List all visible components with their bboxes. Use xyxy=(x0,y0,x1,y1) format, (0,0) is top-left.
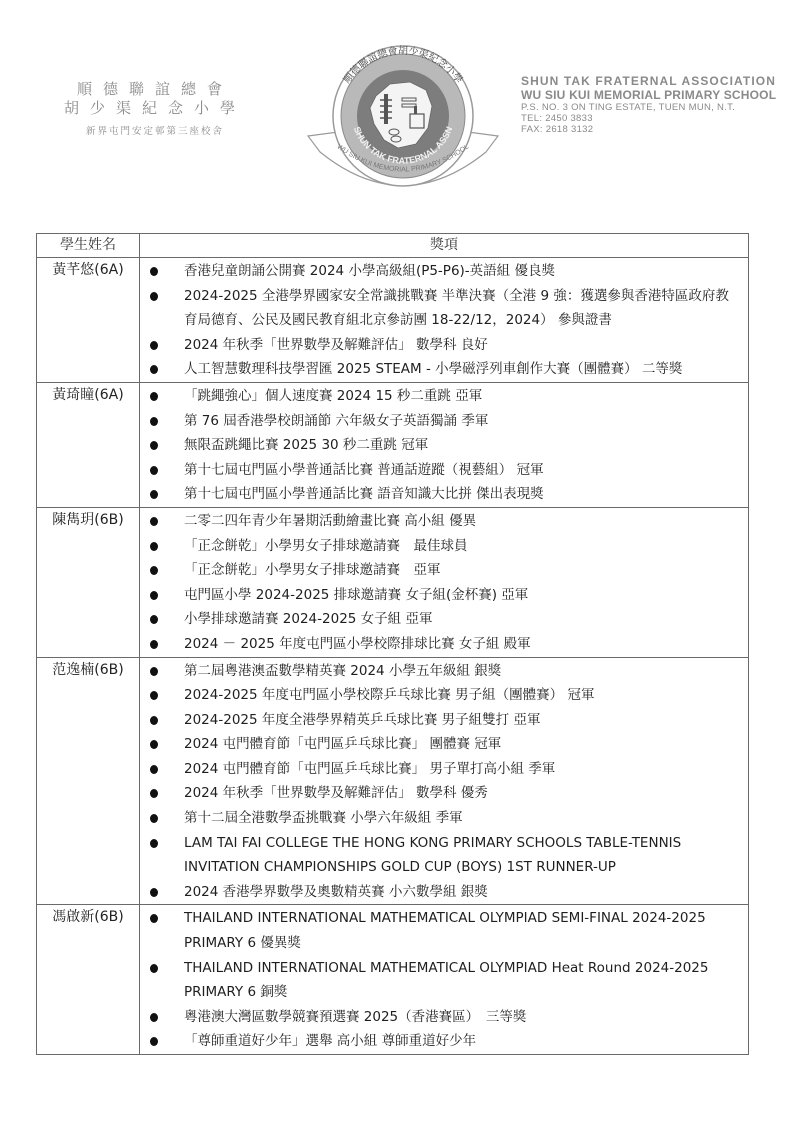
letterhead: 順德聯誼總會 胡少渠紀念小學 新界屯門安定邨第三座校舍 xyxy=(0,0,800,200)
awards-list: THAILAND INTERNATIONAL MATHEMATICAL OLYM… xyxy=(140,905,748,1054)
bullet-icon xyxy=(150,292,158,301)
list-item: 第十七屆屯門區小學普通話比賽 普通話遊蹤（視藝組） 冠軍 xyxy=(140,458,748,483)
awards-list: 「跳繩強心」個人速度賽 2024 15 秒二重跳 亞軍第 76 屆香港學校朗誦節… xyxy=(140,383,748,507)
table-row: 黃芊悠(6A)香港兒童朗誦公開賽 2024 小學高級組(P5-P6)-英語組 優… xyxy=(37,258,749,383)
award-text: 屯門區小學 2024-2025 排球邀請賽 女子組(金杯賽) 亞軍 xyxy=(184,587,528,603)
award-text: 「正念餅乾」小學男女子排球邀請賽 最佳球員 xyxy=(184,538,468,554)
table-row: 黃琦瞳(6A)「跳繩強心」個人速度賽 2024 15 秒二重跳 亞軍第 76 屆… xyxy=(37,382,749,507)
list-item: 小學排球邀請賽 2024-2025 女子組 亞軍 xyxy=(140,607,748,632)
award-text: 2024 年秋季「世界數學及解難評估」 數學科 良好 xyxy=(184,337,488,353)
bullet-icon xyxy=(150,1037,158,1046)
table-row: 陳雋玥(6B)二零二四年青少年暑期活動繪畫比賽 高小組 優異「正念餅乾」小學男女… xyxy=(37,507,749,657)
bullet-icon xyxy=(150,441,158,450)
awards-cell: 二零二四年青少年暑期活動繪畫比賽 高小組 優異「正念餅乾」小學男女子排球邀請賽 … xyxy=(140,507,749,657)
list-item: 「跳繩強心」個人速度賽 2024 15 秒二重跳 亞軍 xyxy=(140,384,748,409)
awards-cell: THAILAND INTERNATIONAL MATHEMATICAL OLYM… xyxy=(140,905,749,1055)
list-item: 「正念餅乾」小學男女子排球邀請賽 亞軍 xyxy=(140,558,748,583)
list-item: 2024-2025 年度屯門區小學校際乒乓球比賽 男子組（團體賽） 冠軍 xyxy=(140,683,748,708)
bullet-icon xyxy=(150,542,158,551)
list-item: 二零二四年青少年暑期活動繪畫比賽 高小組 優異 xyxy=(140,509,748,534)
bullet-icon xyxy=(150,914,158,923)
bullet-icon xyxy=(150,691,158,700)
list-item: 第二屆粵港澳盃數學精英賽 2024 小學五年級組 銀獎 xyxy=(140,659,748,684)
school-name-chinese: 順德聯誼總會 胡少渠紀念小學 新界屯門安定邨第三座校舍 xyxy=(40,80,270,137)
student-name-cell: 黃琦瞳(6A) xyxy=(37,382,140,507)
award-text: 「正念餅乾」小學男女子排球邀請賽 亞軍 xyxy=(184,562,441,578)
list-item: 屯門區小學 2024-2025 排球邀請賽 女子組(金杯賽) 亞軍 xyxy=(140,583,748,608)
student-name-cell: 陳雋玥(6B) xyxy=(37,507,140,657)
list-item: 2024 屯門體育節「屯門區乒乓球比賽」 團體賽 冠軍 xyxy=(140,732,748,757)
award-text: 2024 年秋季「世界數學及解難評估」 數學科 優秀 xyxy=(184,785,488,801)
award-text: THAILAND INTERNATIONAL MATHEMATICAL OLYM… xyxy=(184,960,708,1001)
award-text: 2024-2025 年度全港學界精英乒乓球比賽 男子組雙打 亞軍 xyxy=(184,712,540,728)
award-text: 「跳繩強心」個人速度賽 2024 15 秒二重跳 亞軍 xyxy=(184,388,482,404)
award-text: 人工智慧數理科技學習匯 2025 STEAM - 小學磁浮列車創作大賽（團體賽）… xyxy=(184,361,682,377)
bullet-icon xyxy=(150,716,158,725)
bullet-icon xyxy=(150,888,158,897)
list-item: 香港兒童朗誦公開賽 2024 小學高級組(P5-P6)-英語組 優良獎 xyxy=(140,259,748,284)
award-text: 2024 屯門體育節「屯門區乒乓球比賽」 男子單打高小組 季軍 xyxy=(184,761,555,777)
awards-cell: 「跳繩強心」個人速度賽 2024 15 秒二重跳 亞軍第 76 屆香港學校朗誦節… xyxy=(140,382,749,507)
bullet-icon xyxy=(150,640,158,649)
list-item: THAILAND INTERNATIONAL MATHEMATICAL OLYM… xyxy=(140,906,748,955)
award-text: 「尊師重道好少年」選舉 高小組 尊師重道好少年 xyxy=(184,1033,476,1049)
list-item: 2024-2025 全港學界國家安全常識挑戰賽 半準決賽（全港 9 強：獲選參與… xyxy=(140,284,748,333)
awards-table: 學生姓名 獎項 黃芊悠(6A)香港兒童朗誦公開賽 2024 小學高級組(P5-P… xyxy=(36,233,749,1055)
bullet-icon xyxy=(150,490,158,499)
list-item: 粵港澳大灣區數學競賽預選賽 2025（香港賽區） 三等獎 xyxy=(140,1005,748,1030)
bullet-icon xyxy=(150,341,158,350)
list-item: LAM TAI FAI COLLEGE THE HONG KONG PRIMAR… xyxy=(140,831,748,880)
award-text: 第十七屆屯門區小學普通話比賽 普通話遊蹤（視藝組） 冠軍 xyxy=(184,462,544,478)
award-text: 2024-2025 全港學界國家安全常識挑戰賽 半準決賽（全港 9 強：獲選參與… xyxy=(184,288,729,329)
list-item: 人工智慧數理科技學習匯 2025 STEAM - 小學磁浮列車創作大賽（團體賽）… xyxy=(140,357,748,382)
bullet-icon xyxy=(150,667,158,676)
award-text: 第 76 屆香港學校朗誦節 六年級女子英語獨誦 季軍 xyxy=(184,413,488,429)
bullet-icon xyxy=(150,789,158,798)
bullet-icon xyxy=(150,591,158,600)
bullet-icon xyxy=(150,839,158,848)
school-address-zh: 新界屯門安定邨第三座校舍 xyxy=(40,123,270,137)
list-item: 2024 年秋季「世界數學及解難評估」 數學科 良好 xyxy=(140,333,748,358)
awards-table-body: 黃芊悠(6A)香港兒童朗誦公開賽 2024 小學高級組(P5-P6)-英語組 優… xyxy=(37,258,749,1055)
bullet-icon xyxy=(150,1013,158,1022)
list-item: 2024 － 2025 年度屯門區小學校際排球比賽 女子組 殿軍 xyxy=(140,632,748,657)
awards-cell: 香港兒童朗誦公開賽 2024 小學高級組(P5-P6)-英語組 優良獎2024-… xyxy=(140,258,749,383)
school-address-en: P.S. NO. 3 ON TING ESTATE, TUEN MUN, N.T… xyxy=(521,102,776,113)
list-item: THAILAND INTERNATIONAL MATHEMATICAL OLYM… xyxy=(140,956,748,1005)
award-text: 無限盃跳繩比賽 2025 30 秒二重跳 冠軍 xyxy=(184,437,428,453)
award-text: LAM TAI FAI COLLEGE THE HONG KONG PRIMAR… xyxy=(184,835,681,876)
award-text: 2024 香港學界數學及奧數精英賽 小六數學組 銀獎 xyxy=(184,884,488,900)
awards-list: 第二屆粵港澳盃數學精英賽 2024 小學五年級組 銀獎2024-2025 年度屯… xyxy=(140,658,748,905)
school-logo-icon: 順德聯誼總會胡少渠紀念小學 SHUN TAK FRATERNAL ASSN WU… xyxy=(298,44,508,194)
school-name-english: SHUN TAK FRATERNAL ASSOCIATION WU SIU KU… xyxy=(521,74,776,135)
award-text: 二零二四年青少年暑期活動繪畫比賽 高小組 優異 xyxy=(184,513,476,529)
award-text: 香港兒童朗誦公開賽 2024 小學高級組(P5-P6)-英語組 優良獎 xyxy=(184,263,555,279)
list-item: 第十七屆屯門區小學普通話比賽 語音知識大比拼 傑出表現獎 xyxy=(140,482,748,507)
bullet-icon xyxy=(150,517,158,526)
table-row: 范逸楠(6B)第二屆粵港澳盃數學精英賽 2024 小學五年級組 銀獎2024-2… xyxy=(37,657,749,905)
association-name-zh: 順德聯誼總會 xyxy=(40,80,270,99)
list-item: 無限盃跳繩比賽 2025 30 秒二重跳 冠軍 xyxy=(140,433,748,458)
award-text: 小學排球邀請賽 2024-2025 女子組 亞軍 xyxy=(184,611,432,627)
list-item: 2024 年秋季「世界數學及解難評估」 數學科 優秀 xyxy=(140,781,748,806)
award-text: 第十二屆全港數學盃挑戰賽 小學六年級組 季軍 xyxy=(184,810,463,826)
table-header-row: 學生姓名 獎項 xyxy=(37,234,749,258)
list-item: 2024-2025 年度全港學界精英乒乓球比賽 男子組雙打 亞軍 xyxy=(140,708,748,733)
award-text: 2024-2025 年度屯門區小學校際乒乓球比賽 男子組（團體賽） 冠軍 xyxy=(184,687,594,703)
award-text: 2024 屯門體育節「屯門區乒乓球比賽」 團體賽 冠軍 xyxy=(184,736,501,752)
award-text: 粵港澳大灣區數學競賽預選賽 2025（香港賽區） 三等獎 xyxy=(184,1009,526,1025)
list-item: 「尊師重道好少年」選舉 高小組 尊師重道好少年 xyxy=(140,1029,748,1054)
bullet-icon xyxy=(150,466,158,475)
student-name-cell: 馮啟新(6B) xyxy=(37,905,140,1055)
school-name-zh: 胡少渠紀念小學 xyxy=(40,99,270,118)
bullet-icon xyxy=(150,392,158,401)
association-name-en: SHUN TAK FRATERNAL ASSOCIATION xyxy=(521,74,776,88)
list-item: 「正念餅乾」小學男女子排球邀請賽 最佳球員 xyxy=(140,534,748,559)
bullet-icon xyxy=(150,964,158,973)
award-text: 第十七屆屯門區小學普通話比賽 語音知識大比拼 傑出表現獎 xyxy=(184,486,544,502)
school-fax: FAX: 2618 3132 xyxy=(521,124,776,135)
header-awards: 獎項 xyxy=(140,234,749,258)
bullet-icon xyxy=(150,814,158,823)
table-row: 馮啟新(6B)THAILAND INTERNATIONAL MATHEMATIC… xyxy=(37,905,749,1055)
school-name-en: WU SIU KUI MEMORIAL PRIMARY SCHOOL xyxy=(521,88,776,102)
bullet-icon xyxy=(150,740,158,749)
bullet-icon xyxy=(150,417,158,426)
bullet-icon xyxy=(150,365,158,374)
school-telephone: TEL: 2450 3833 xyxy=(521,113,776,124)
award-text: 2024 － 2025 年度屯門區小學校際排球比賽 女子組 殿軍 xyxy=(184,636,531,652)
awards-list: 二零二四年青少年暑期活動繪畫比賽 高小組 優異「正念餅乾」小學男女子排球邀請賽 … xyxy=(140,508,748,657)
list-item: 第 76 屆香港學校朗誦節 六年級女子英語獨誦 季軍 xyxy=(140,409,748,434)
list-item: 2024 屯門體育節「屯門區乒乓球比賽」 男子單打高小組 季軍 xyxy=(140,757,748,782)
list-item: 2024 香港學界數學及奧數精英賽 小六數學組 銀獎 xyxy=(140,880,748,905)
bullet-icon xyxy=(150,615,158,624)
header-student-name: 學生姓名 xyxy=(37,234,140,258)
awards-cell: 第二屆粵港澳盃數學精英賽 2024 小學五年級組 銀獎2024-2025 年度屯… xyxy=(140,657,749,905)
list-item: 第十二屆全港數學盃挑戰賽 小學六年級組 季軍 xyxy=(140,806,748,831)
bullet-icon xyxy=(150,267,158,276)
bullet-icon xyxy=(150,566,158,575)
award-text: THAILAND INTERNATIONAL MATHEMATICAL OLYM… xyxy=(184,910,706,951)
award-text: 第二屆粵港澳盃數學精英賽 2024 小學五年級組 銀獎 xyxy=(184,663,501,679)
awards-list: 香港兒童朗誦公開賽 2024 小學高級組(P5-P6)-英語組 優良獎2024-… xyxy=(140,258,748,382)
student-name-cell: 范逸楠(6B) xyxy=(37,657,140,905)
bullet-icon xyxy=(150,765,158,774)
student-name-cell: 黃芊悠(6A) xyxy=(37,258,140,383)
